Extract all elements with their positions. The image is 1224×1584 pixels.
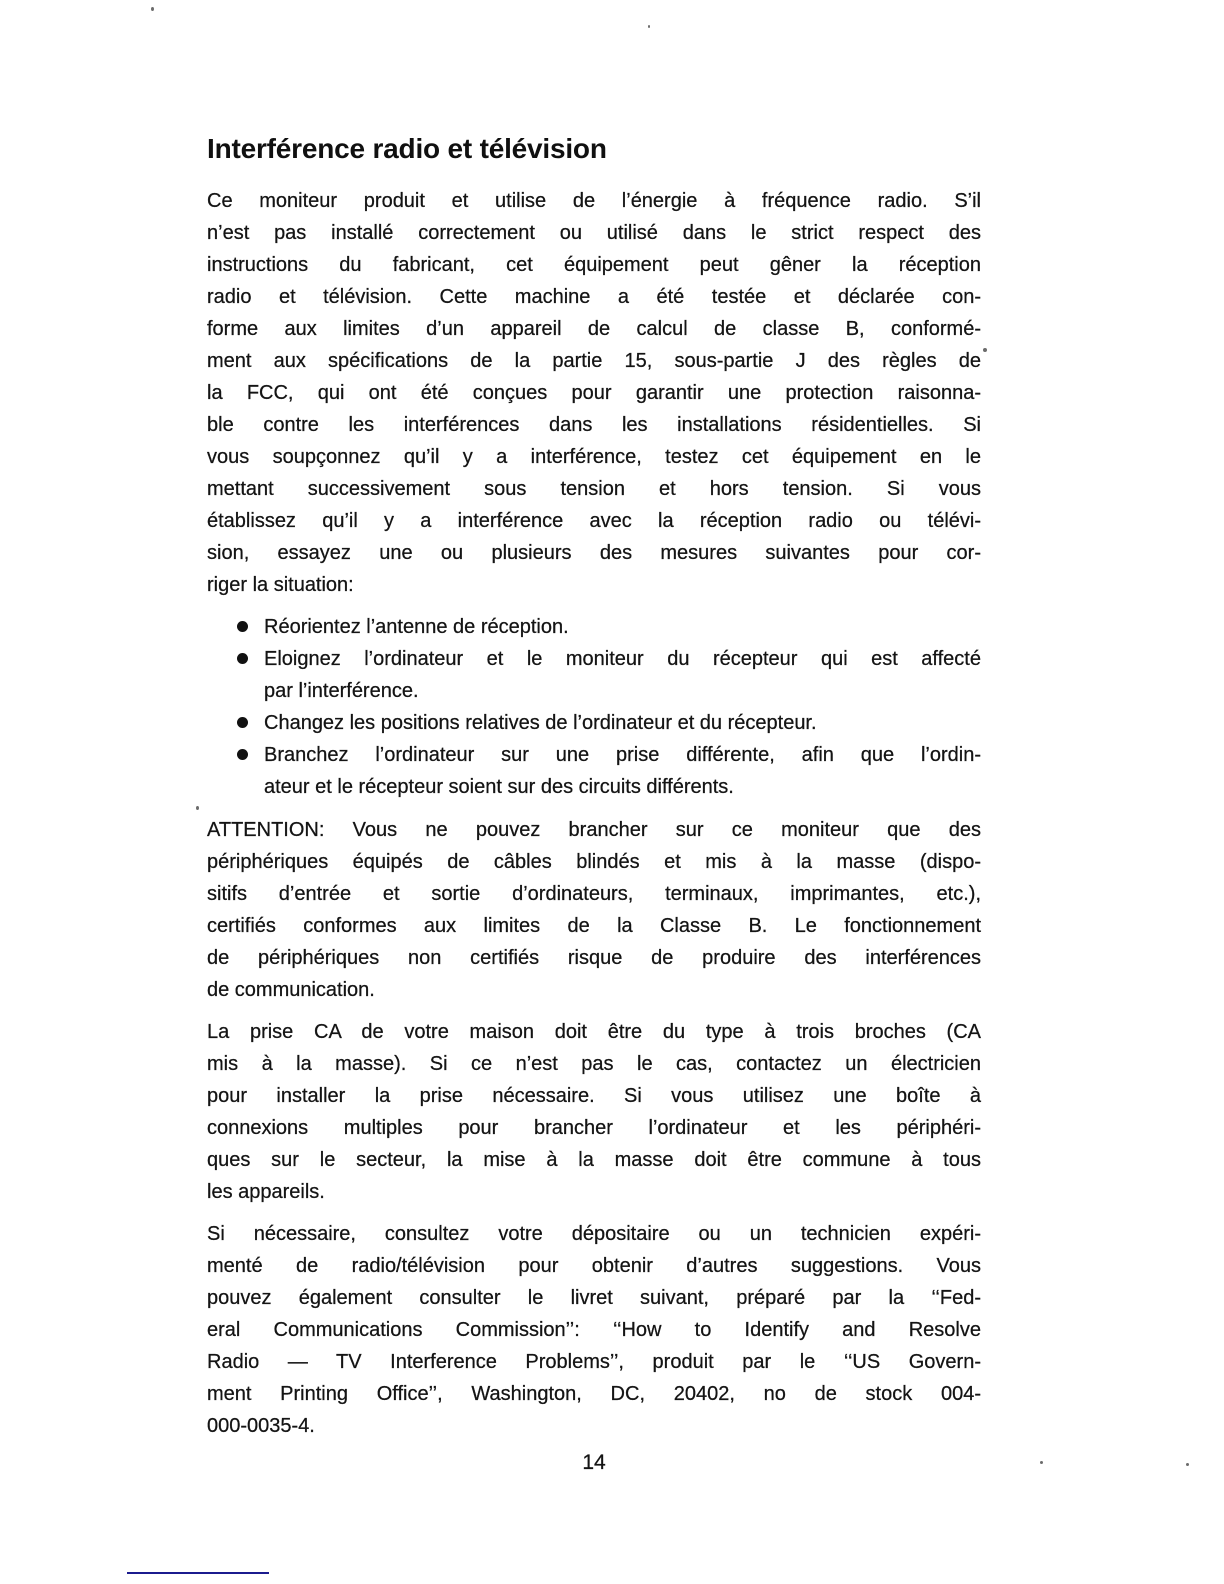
text-line: de communication. [207,974,981,1006]
text-line: Changez les positions relatives de l’ord… [264,707,981,739]
text-line: par l’interférence. [264,675,981,707]
list-item: Changez les positions relatives de l’ord… [207,707,981,739]
text-line: connexions multiples pour brancher l’ord… [207,1112,981,1144]
text-line: eral Communications Commission’’: ‘‘How … [207,1314,981,1346]
text-line: la FCC, qui ont été conçues pour garanti… [207,377,981,409]
scan-speck [648,25,650,28]
text-line: périphériques équipés de câbles blindés … [207,846,981,878]
text-line: les appareils. [207,1176,981,1208]
bullet-icon [237,653,248,664]
text-line: ment Printing Office’’, Washington, DC, … [207,1378,981,1410]
text-line: ateur et le récepteur soient sur des cir… [264,771,981,803]
text-line: La prise CA de votre maison doit être du… [207,1016,981,1048]
text-line: ment aux spécifications de la partie 15,… [207,345,981,377]
text-line: vous soupçonnez qu’il y a interférence, … [207,441,981,473]
text-line: ATTENTION: Vous ne pouvez brancher sur c… [207,814,981,846]
text-line: riger la situation: [207,569,981,601]
text-line: 000-0035-4. [207,1410,981,1442]
text-line: Ce moniteur produit et utilise de l’éner… [207,185,981,217]
text-line: sion, essayez une ou plusieurs des mesur… [207,537,981,569]
document-page: Interférence radio et télévision Ce moni… [0,0,1224,1584]
scan-speck [1186,1463,1189,1466]
paragraph-intro: Ce moniteur produit et utilise de l’éner… [207,185,981,601]
paragraph-fcc-booklet: Si nécessaire, consultez votre dépositai… [207,1218,981,1442]
text-line: Eloignez l’ordinateur et le moniteur du … [264,643,981,675]
page-number: 14 [207,1448,981,1478]
scan-speck [196,806,199,810]
scan-speck [983,348,987,352]
bullet-list: Réorientez l’antenne de réception. Eloig… [207,611,981,803]
text-line: pour installer la prise nécessaire. Si v… [207,1080,981,1112]
bullet-icon [237,749,248,760]
text-line: Si nécessaire, consultez votre dépositai… [207,1218,981,1250]
scan-speck [1040,1461,1043,1464]
text-line: n’est pas installé correctement ou utili… [207,217,981,249]
paragraph-attention: ATTENTION: Vous ne pouvez brancher sur c… [207,814,981,1006]
text-line: mis à la masse). Si ce n’est pas le cas,… [207,1048,981,1080]
text-line: forme aux limites d’un appareil de calcu… [207,313,981,345]
text-line: Réorientez l’antenne de réception. [264,611,981,643]
bullet-icon [237,621,248,632]
page-title: Interférence radio et télévision [207,132,981,166]
text-line: menté de radio/télévision pour obtenir d… [207,1250,981,1282]
text-line: établissez qu’il y a interférence avec l… [207,505,981,537]
bullet-icon [237,717,248,728]
text-line: Branchez l’ordinateur sur une prise diff… [264,739,981,771]
text-line: ques sur le secteur, la mise à la masse … [207,1144,981,1176]
text-line: instructions du fabricant, cet équipemen… [207,249,981,281]
footer-rule [127,1572,269,1574]
text-line: de périphériques non certifiés risque de… [207,942,981,974]
text-line: certifiés conformes aux limites de la Cl… [207,910,981,942]
list-item: Branchez l’ordinateur sur une prise diff… [207,739,981,803]
text-line: Radio — TV Interference Problems’’, prod… [207,1346,981,1378]
list-item: Réorientez l’antenne de réception. [207,611,981,643]
text-line: sitifs d’entrée et sortie d’ordinateurs,… [207,878,981,910]
text-line: mettant successivement sous tension et h… [207,473,981,505]
text-line: radio et télévision. Cette machine a été… [207,281,981,313]
list-item: Eloignez l’ordinateur et le moniteur du … [207,643,981,707]
text-block: Interférence radio et télévision Ce moni… [207,132,981,1452]
text-line: ble contre les interférences dans les in… [207,409,981,441]
text-line: pouvez également consulter le livret sui… [207,1282,981,1314]
paragraph-prise-ca: La prise CA de votre maison doit être du… [207,1016,981,1208]
scan-speck [151,7,154,11]
